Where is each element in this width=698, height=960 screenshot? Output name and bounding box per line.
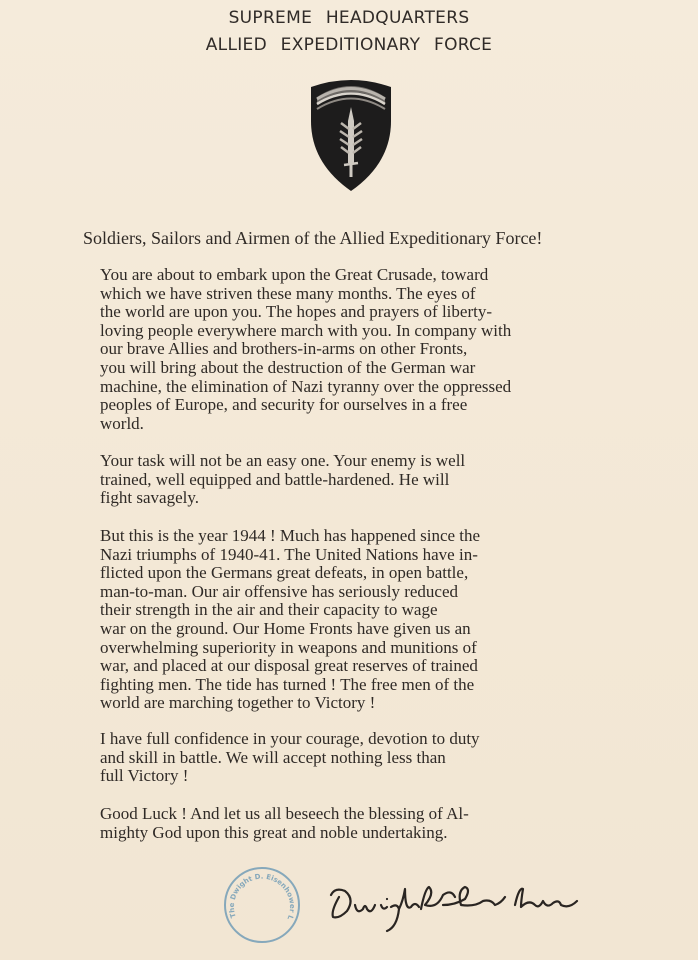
salutation: Soldiers, Sailors and Airmen of the Alli…: [83, 228, 542, 249]
paragraph-4: I have full confidence in your courage, …: [100, 730, 600, 786]
document-page: SUPREME HEADQUARTERS ALLIED EXPEDITIONAR…: [0, 0, 698, 960]
paragraph-1: You are about to embark upon the Great C…: [100, 266, 600, 433]
paragraph-2: Your task will not be an easy one. Your …: [100, 452, 600, 508]
header-line-1: SUPREME HEADQUARTERS: [0, 8, 698, 28]
shaef-insignia-icon: [307, 77, 395, 193]
stamp-text: The Dwight D. Eisenhower Library: [222, 865, 296, 921]
paragraph-5: Good Luck ! And let us all beseech the b…: [100, 805, 600, 842]
svg-text:The Dwight D. Eisenhower Libra: The Dwight D. Eisenhower Library: [222, 865, 296, 921]
header-line-2: ALLIED EXPEDITIONARY FORCE: [0, 35, 698, 55]
signature-icon: [325, 875, 595, 935]
paragraph-3: But this is the year 1944 ! Much has hap…: [100, 527, 600, 713]
library-stamp-icon: The Dwight D. Eisenhower Library: [222, 865, 302, 945]
